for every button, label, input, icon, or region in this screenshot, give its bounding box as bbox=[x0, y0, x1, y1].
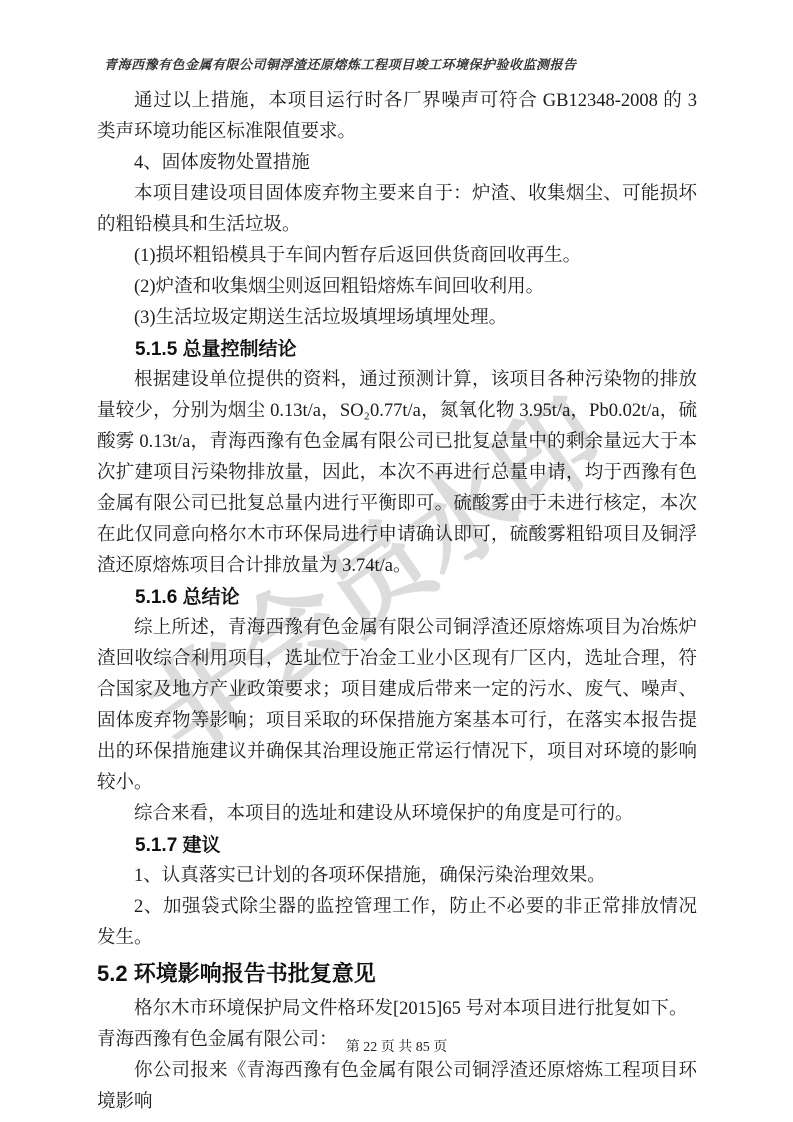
paragraph-noise-measures: 通过以上措施，本项目运行时各厂界噪声可符合 GB12348-2008 的 3 类… bbox=[97, 86, 697, 148]
paragraph-feasibility: 综合来看，本项目的选址和建设从环境保护的角度是可行的。 bbox=[97, 799, 697, 830]
section-heading-5-1-6: 5.1.6 总结论 bbox=[97, 582, 697, 613]
section-heading-5-1-7: 5.1.7 建议 bbox=[97, 830, 697, 861]
section-heading-5-1-5: 5.1.5 总量控制结论 bbox=[97, 334, 697, 365]
list-item-1: (1)损坏粗铅模具于车间内暂存后返回供货商回收再生。 bbox=[97, 241, 697, 272]
report-page: 非会员水印 青海西豫有色金属有限公司铜浮渣还原熔炼工程项目竣工环境保护验收监测报… bbox=[0, 0, 793, 1122]
list-item-2: (2)炉渣和收集烟尘则返回粗铅熔炼车间回收利用。 bbox=[97, 272, 697, 303]
list-item-3: (3)生活垃圾定期送生活垃圾填埋场填埋处理。 bbox=[97, 303, 697, 334]
paragraph-approval-intro: 格尔木市环境保护局文件格环发[2015]65 号对本项目进行批复如下。 bbox=[97, 994, 697, 1025]
document-body: 通过以上措施，本项目运行时各厂界噪声可符合 GB12348-2008 的 3 类… bbox=[97, 86, 697, 1118]
paragraph-approval-body: 你公司报来《青海西豫有色金属有限公司铜浮渣还原熔炼工程项目环境影响 bbox=[97, 1056, 697, 1118]
paragraph-solid-waste-title: 4、固体废物处置措施 bbox=[97, 148, 697, 179]
running-header: 青海西豫有色金属有限公司铜浮渣还原熔炼工程项目竣工环境保护验收监测报告 bbox=[104, 54, 713, 73]
section-heading-5-2: 5.2 环境影响报告书批复意见 bbox=[97, 956, 697, 992]
suggestion-item-2: 2、加强袋式除尘器的监控管理工作，防止不必要的非正常排放情况发生。 bbox=[97, 892, 697, 954]
paragraph-solid-waste-sources: 本项目建设项目固体废弃物主要来自于：炉渣、收集烟尘、可能损坏的粗铅模具和生活垃圾… bbox=[97, 179, 697, 241]
page-number: 第 22 页 共 85 页 bbox=[0, 1036, 793, 1056]
paragraph-total-amount-control: 根据建设单位提供的资料，通过预测计算，该项目各种污染物的排放量较少，分别为烟尘 … bbox=[97, 365, 697, 582]
suggestion-item-1: 1、认真落实已计划的各项环保措施，确保污染治理效果。 bbox=[97, 861, 697, 892]
paragraph-overall-conclusion: 综上所述，青海西豫有色金属有限公司铜浮渣还原熔炼项目为冶炼炉渣回收综合利用项目，… bbox=[97, 613, 697, 799]
